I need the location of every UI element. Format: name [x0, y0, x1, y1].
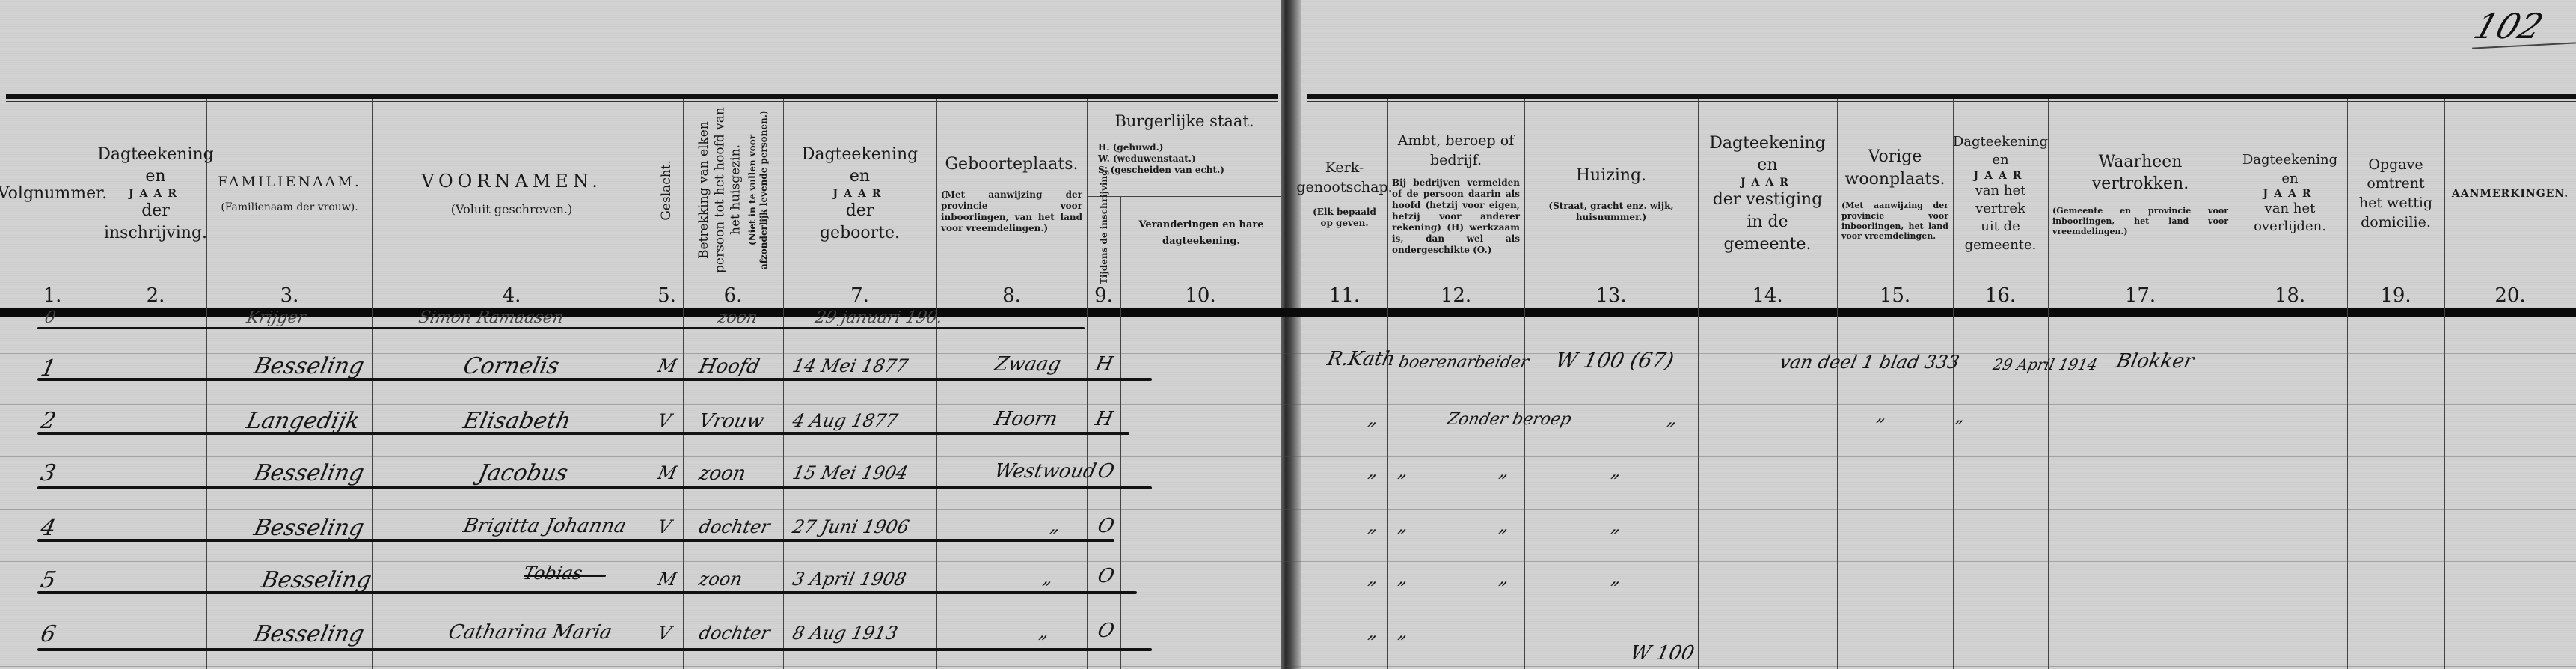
column-title-line: in de gemeente.	[1702, 211, 1833, 255]
column-number: 9.	[1087, 284, 1120, 307]
row-voornamen: Tobias	[521, 563, 584, 584]
column-number: 11.	[1301, 284, 1387, 307]
column-title: Waarheen vertrokken.	[2052, 151, 2228, 195]
row-vorige-woonplaats: van deel 1 blad 333	[1778, 352, 1961, 373]
column-number: 17.	[2048, 284, 2233, 307]
column-title: Dagteekening	[97, 144, 214, 166]
column-subtitle: (Gemeente en provincie voor inboorlingen…	[2052, 206, 2228, 236]
row-familienaam: Krijger	[245, 308, 307, 327]
header-bottom-rule	[0, 308, 2576, 317]
column-subtitle: (Straat, gracht enz. wijk, huisnummer.)	[1529, 201, 1693, 223]
column-title: Tijdens de inschrijving.	[1099, 202, 1110, 284]
column-number: 6.	[683, 284, 783, 307]
col-divider	[1087, 99, 1088, 669]
burgerlijke-staat-legend: H. (gehuwd.) W. (weduwenstaat.) S. (gesc…	[1098, 142, 1224, 176]
burgerlijke-staat-title: Burgerlijke staat.	[1088, 112, 1281, 130]
ruled-line	[0, 561, 2576, 562]
column-number: 1.	[0, 284, 105, 307]
row-familienaam: Besseling	[251, 621, 367, 647]
column-number: 8.	[936, 284, 1087, 307]
row-betrekking: dochter	[697, 623, 772, 644]
ruled-line	[0, 404, 2576, 405]
column-title-line: en	[1992, 151, 2008, 169]
row-familienaam: Besseling	[259, 567, 374, 593]
strikethrough-line	[37, 486, 1152, 489]
column-title-line: JAAR	[129, 188, 183, 200]
row-huizing: W 100	[1628, 642, 1696, 665]
header-dagteekening-geboorte: Dagteekening en JAAR der geboorte.	[783, 102, 936, 305]
column-title-line: JAAR	[1741, 177, 1794, 189]
header-waarheen-vertrokken: Waarheen vertrokken. (Gemeente en provin…	[2048, 102, 2233, 305]
column-number: 7.	[783, 284, 936, 307]
header-geboorteplaats: Geboorteplaats. (Met aanwijzing der prov…	[936, 102, 1087, 305]
header-familienaam: FAMILIENAAM. (Familienaam der vrouw).	[206, 102, 372, 305]
strikethrough-line	[37, 539, 1114, 542]
row-familienaam: Besseling	[251, 515, 367, 541]
column-title-line: en	[850, 165, 870, 188]
column-title: Huizing.	[1576, 165, 1646, 187]
row-betrekking: zoon	[697, 569, 744, 590]
row-geboorte: 3 April 1908	[791, 569, 908, 590]
book-gutter	[1281, 0, 1301, 669]
column-number: 5.	[651, 284, 683, 307]
header-huizing: Huizing. (Straat, gracht enz. wijk, huis…	[1524, 102, 1698, 305]
column-number: 19.	[2347, 284, 2444, 307]
row-geboorte: 27 Juni 1906	[791, 516, 911, 537]
column-subtitle: Bij bedrijven vermelden of de persoon da…	[1392, 177, 1520, 256]
column-title-line: JAAR	[833, 188, 887, 200]
header-kerkgenootschap: Kerk-genootschap. (Elk bepaald op geven.	[1301, 102, 1387, 305]
column-number: 13.	[1524, 284, 1698, 307]
column-title-line: inschrijving.	[104, 222, 207, 245]
row-waarheen: Blokker	[2115, 350, 2196, 373]
burgerlijke-staat-divider	[1087, 196, 1281, 197]
header-vorige-woonplaats: Vorige woonplaats. (Met aanwijzing der p…	[1837, 102, 1953, 305]
column-number: 10.	[1120, 284, 1281, 307]
column-title: Dagteekening	[1953, 133, 2048, 151]
column-title: Ambt, beroep of bedrijf.	[1392, 132, 1520, 170]
column-title-line: uit de gemeente.	[1957, 218, 2043, 254]
column-title-line: der vestiging	[1713, 189, 1823, 211]
row-voornamen: Cornelis	[461, 353, 561, 379]
column-title-line: van het	[2265, 200, 2316, 218]
header-volgnummer: Volgnummer.	[0, 102, 105, 305]
strikethrough-line	[37, 378, 1152, 381]
column-title: VOORNAMEN.	[421, 171, 602, 192]
row-beroep: boerenarbeider	[1396, 353, 1530, 372]
column-title-line: geboorte.	[820, 222, 900, 245]
strikethrough-line	[37, 648, 1152, 651]
header-veranderingen: Veranderingen en hare dagteekening.	[1122, 217, 1281, 250]
header-betrekking: Betrekking van elken persoon tot het hoo…	[683, 102, 783, 305]
legend-item: H. (gehuwd.)	[1098, 142, 1224, 153]
legend-item: W. (weduwenstaat.)	[1098, 153, 1224, 165]
row-betrekking: dochter	[697, 516, 772, 537]
column-title: Betrekking van elken persoon tot het hoo…	[696, 97, 744, 284]
row-geboorteplaats: Hoorn	[993, 408, 1060, 430]
row-betrekking: Hoofd	[697, 355, 762, 378]
column-title: Volgnummer.	[0, 183, 107, 205]
row-betrekking: zoon	[697, 462, 748, 485]
row-voornamen: Simon Ramaasen	[417, 308, 565, 327]
column-title: Dagteekening	[802, 144, 919, 166]
ruled-line	[0, 509, 2576, 510]
row-geboorte: 8 Aug 1913	[791, 623, 900, 644]
column-title-line: van het vertrek	[1957, 182, 2043, 219]
column-subtitle: (Elk bepaald op geven.	[1306, 207, 1383, 229]
row-geboorte: 29 januari 190.	[813, 308, 944, 327]
row-voornamen: Catharina Maria	[447, 621, 614, 644]
column-number: 12.	[1387, 284, 1524, 307]
column-subtitle: (Familienaam der vrouw).	[221, 201, 358, 214]
column-title: Geslacht.	[659, 160, 675, 221]
column-title: Geboorteplaats.	[945, 153, 1078, 176]
row-vertrek: 29 April 1914	[1991, 355, 2099, 373]
column-title-line: JAAR	[1974, 170, 2028, 182]
column-title: AANMERKINGEN.	[2452, 188, 2569, 200]
column-number: 16.	[1953, 284, 2048, 307]
column-title-line: en	[1757, 154, 1777, 177]
column-number: 20.	[2444, 284, 2576, 307]
column-title: Dagteekening	[2242, 151, 2337, 169]
column-number: 14.	[1698, 284, 1837, 307]
column-subtitle: (Met aanwijzing der provincie voor inboo…	[1841, 201, 1948, 242]
strikethrough-line	[37, 591, 1137, 594]
ruled-line	[0, 456, 2576, 457]
header-wettig-domicilie: Opgave omtrent het wettig domicilie.	[2347, 102, 2444, 305]
column-title-line: overlijden.	[2254, 218, 2326, 236]
header-dagteekening-vertrek: Dagteekening en JAAR van het vertrek uit…	[1953, 102, 2048, 305]
row-familienaam: Besseling	[251, 460, 367, 486]
row-voornamen: Jacobus	[476, 460, 570, 486]
column-title-line: JAAR	[2263, 188, 2317, 200]
voornamen-strikethrough	[524, 575, 606, 577]
header-dagteekening-vestiging: Dagteekening en JAAR der vestiging in de…	[1698, 102, 1837, 305]
column-number: 3.	[206, 284, 372, 307]
column-title: Vorige woonplaats.	[1841, 146, 1948, 190]
header-dagteekening-overlijden: Dagteekening en JAAR van het overlijden.	[2233, 102, 2347, 305]
strikethrough-line	[37, 432, 1129, 435]
row-betrekking: Vrouw	[697, 410, 766, 433]
row-betrekking: zoon	[716, 308, 759, 327]
row-kerkgenootschap: R.Kath	[1325, 348, 1397, 370]
row-huizing: W 100 (67)	[1553, 348, 1676, 373]
column-number: 2.	[105, 284, 206, 307]
row-voornamen: Elisabeth	[461, 408, 573, 434]
legend-item: S. (gescheiden van echt.)	[1098, 165, 1224, 176]
column-title-line: en	[2281, 170, 2298, 188]
column-title: Dagteekening	[1709, 132, 1826, 155]
header-voornamen: VOORNAMEN. (Voluit geschreven.)	[372, 102, 651, 305]
row-familienaam: Besseling	[251, 353, 367, 379]
header-top-rule-right	[1307, 94, 2576, 99]
row-geboorteplaats: Westwoud	[993, 460, 1098, 483]
column-number: 4.	[372, 284, 651, 307]
header-dagteekening-inschrijving: Dagteekening en JAAR der inschrijving.	[105, 102, 206, 305]
column-title: Kerk-genootschap.	[1296, 159, 1392, 197]
column-title-line: der	[141, 200, 170, 222]
column-number: 15.	[1837, 284, 1953, 307]
column-subtitle: (Niet in te vullen voor afzonderlijk lev…	[747, 104, 770, 276]
header-beroep: Ambt, beroep of bedrijf. Bij bedrijven v…	[1387, 102, 1524, 305]
column-title-line: der	[846, 200, 874, 222]
ruled-line	[0, 614, 2576, 614]
row-beroep: Zonder beroep	[1445, 410, 1573, 429]
column-title: FAMILIENAAM.	[218, 174, 361, 190]
column-number: 18.	[2233, 284, 2347, 307]
header-aanmerkingen: AANMERKINGEN.	[2444, 102, 2576, 305]
ruled-line	[0, 666, 2576, 667]
column-title-line: en	[145, 165, 165, 188]
header-geslacht: Geslacht.	[651, 102, 683, 305]
row-geboorteplaats: Zwaag	[993, 353, 1063, 376]
column-subtitle: (Met aanwijzing der provincie voor inboo…	[941, 189, 1082, 234]
row-familienaam: Langedijk	[244, 408, 362, 434]
row-geboorte: 14 Mei 1877	[791, 355, 910, 376]
column-title: Opgave omtrent het wettig domicilie.	[2355, 156, 2437, 233]
header-tijdens-inschrijving: Tijdens de inschrijving.	[1088, 202, 1120, 284]
column-subtitle: (Voluit geschreven.)	[451, 202, 572, 218]
page-number: 102	[2469, 6, 2548, 46]
row-voornamen: Brigitta Johanna	[461, 515, 628, 537]
row-geboorte: 15 Mei 1904	[791, 462, 910, 483]
row-geboorte: 4 Aug 1877	[791, 410, 900, 431]
strikethrough-line	[37, 327, 1085, 329]
